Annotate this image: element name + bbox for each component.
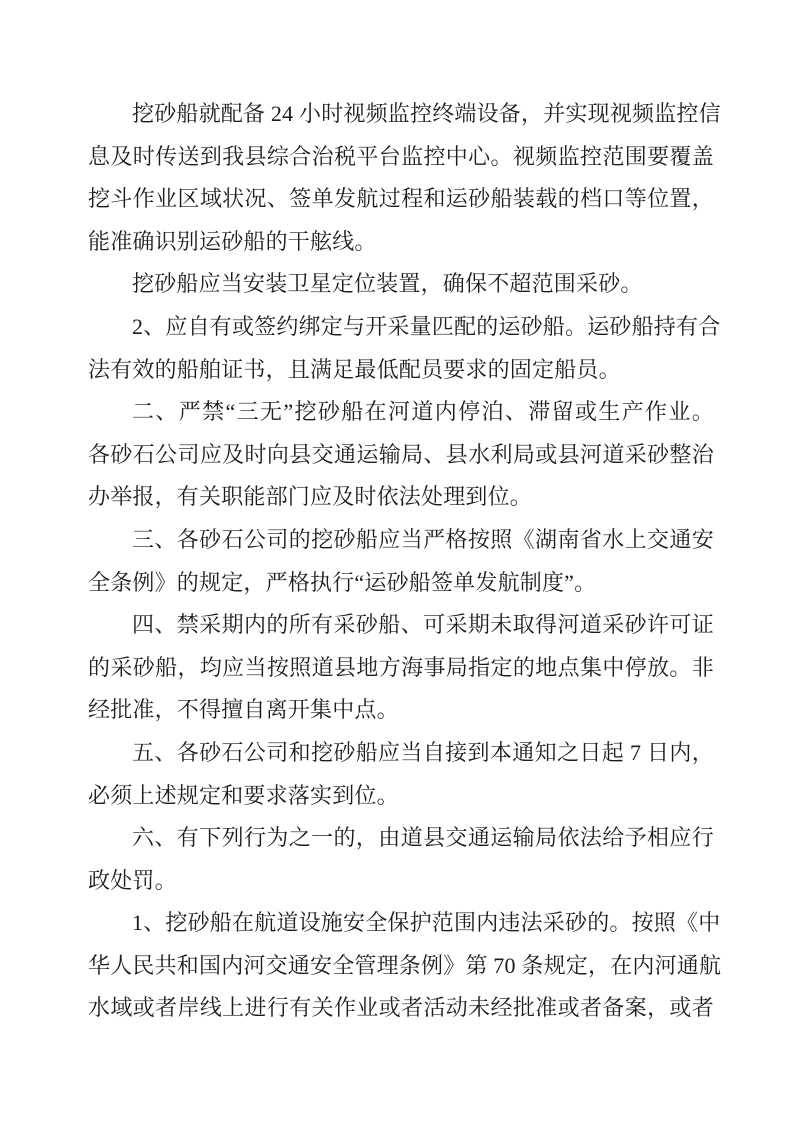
- text-line: 六、有下列行为之一的，由道县交通运输局依法给予相应行: [88, 817, 714, 860]
- document-body: 挖砂船就配备 24 小时视频监控终端设备，并实现视频监控信 息及时传送到我县综合…: [88, 93, 714, 1030]
- text-line: 挖砂船就配备 24 小时视频监控终端设备，并实现视频监控信: [88, 93, 714, 136]
- paragraph: 2、应自有或签约绑定与开采量匹配的运砂船。运砂船持有合 法有效的船舶证书，且满足…: [88, 306, 714, 391]
- text-line: 息及时传送到我县综合治税平台监控中心。视频监控范围要覆盖: [88, 136, 714, 179]
- paragraph: 1、挖砂船在航道设施安全保护范围内违法采砂的。按照《中 华人民共和国内河交通安全…: [88, 902, 714, 1030]
- document-page: 挖砂船就配备 24 小时视频监控终端设备，并实现视频监控信 息及时传送到我县综合…: [0, 0, 793, 1122]
- text-line: 挖斗作业区域状况、签单发航过程和运砂船装载的档口等位置，: [88, 178, 714, 221]
- text-line: 经批准，不得擅自离开集中点。: [88, 689, 714, 732]
- text-line: 2、应自有或签约绑定与开采量匹配的运砂船。运砂船持有合: [88, 306, 714, 349]
- text-line: 政处罚。: [88, 860, 714, 903]
- paragraph: 挖砂船就配备 24 小时视频监控终端设备，并实现视频监控信 息及时传送到我县综合…: [88, 93, 714, 263]
- text-line: 各砂石公司应及时向县交通运输局、县水利局或县河道采砂整治: [88, 434, 714, 477]
- text-line: 的采砂船，均应当按照道县地方海事局指定的地点集中停放。非: [88, 647, 714, 690]
- text-line: 华人民共和国内河交通安全管理条例》第 70 条规定，在内河通航: [88, 945, 714, 988]
- paragraph: 五、各砂石公司和挖砂船应当自接到本通知之日起 7 日内， 必须上述规定和要求落实…: [88, 732, 714, 817]
- text-line: 能准确识别运砂船的干舷线。: [88, 221, 714, 264]
- text-line: 四、禁采期内的所有采砂船、可采期未取得河道采砂许可证: [88, 604, 714, 647]
- text-line: 办举报，有关职能部门应及时依法处理到位。: [88, 476, 714, 519]
- text-line: 水域或者岸线上进行有关作业或者活动未经批准或者备案，或者: [88, 987, 714, 1030]
- text-line: 1、挖砂船在航道设施安全保护范围内违法采砂的。按照《中: [88, 902, 714, 945]
- paragraph: 四、禁采期内的所有采砂船、可采期未取得河道采砂许可证 的采砂船，均应当按照道县地…: [88, 604, 714, 732]
- text-line: 法有效的船舶证书，且满足最低配员要求的固定船员。: [88, 349, 714, 392]
- text-line: 三、各砂石公司的挖砂船应当严格按照《湖南省水上交通安: [88, 519, 714, 562]
- text-line: 必须上述规定和要求落实到位。: [88, 775, 714, 818]
- paragraph: 挖砂船应当安装卫星定位装置，确保不超范围采砂。: [88, 263, 714, 306]
- text-line: 挖砂船应当安装卫星定位装置，确保不超范围采砂。: [88, 263, 714, 306]
- paragraph: 二、严禁“三无”挖砂船在河道内停泊、滞留或生产作业。 各砂石公司应及时向县交通运…: [88, 391, 714, 519]
- text-line: 全条例》的规定，严格执行“运砂船签单发航制度”。: [88, 562, 714, 605]
- paragraph: 六、有下列行为之一的，由道县交通运输局依法给予相应行 政处罚。: [88, 817, 714, 902]
- paragraph: 三、各砂石公司的挖砂船应当严格按照《湖南省水上交通安 全条例》的规定，严格执行“…: [88, 519, 714, 604]
- text-line: 五、各砂石公司和挖砂船应当自接到本通知之日起 7 日内，: [88, 732, 714, 775]
- text-line: 二、严禁“三无”挖砂船在河道内停泊、滞留或生产作业。: [88, 391, 714, 434]
